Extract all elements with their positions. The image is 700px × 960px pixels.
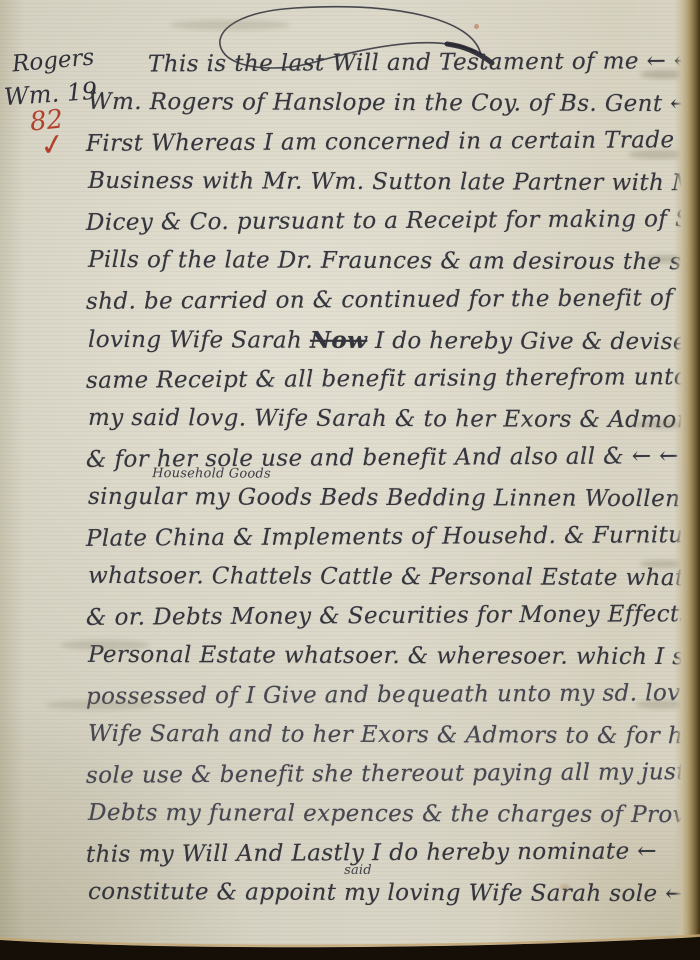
manuscript-line: Dicey & Co. pursuant to a Receipt for ma…	[86, 200, 682, 243]
manuscript-line: whatsoer. Chattels Cattle & Personal Est…	[88, 556, 684, 598]
manuscript-line: this my Will And Lastly I do hereby nomi…	[86, 832, 682, 875]
manuscript-line: Wife Sarah and to her Exors & Admors to …	[88, 714, 684, 756]
line-segment: loving Wife Sarah	[88, 326, 310, 353]
struck-word: Now	[310, 326, 367, 353]
manuscript-text-block: This is the last Will and Testament of m…	[86, 44, 682, 913]
manuscript-line: sole use & benefit she thereout paying a…	[86, 753, 682, 796]
interlineation: said	[344, 863, 372, 876]
manuscript-line: & or. Debts Money & Securities for Money…	[86, 595, 682, 638]
manuscript-line: possessed of I Give and bequeath unto my…	[86, 674, 682, 717]
manuscript-line: First Whereas I am concerned in a certai…	[86, 121, 682, 164]
manuscript-line: same Receipt & all benefit arising there…	[86, 358, 682, 401]
manuscript-line: my said lovg. Wife Sarah & to her Exors …	[88, 398, 684, 440]
page-edge-right	[674, 0, 700, 960]
manuscript-line: Business with Mr. Wm. Sutton late Partne…	[88, 161, 684, 203]
line-segment: singular my Goods Beds Bedding Linnen Wo…	[88, 483, 700, 511]
margin-note-surname: Rogers	[11, 44, 95, 77]
manuscript-page: Rogers Wm. 19 82 ✓ This is the last Will…	[0, 0, 700, 960]
page-bottom-edge	[0, 930, 700, 960]
interlineation: Household Goods	[152, 467, 271, 480]
manuscript-line: Debts my funeral expences & the charges …	[88, 793, 684, 835]
manuscript-line: Wm. Rogers of Hanslope in the Coy. of Bs…	[88, 82, 684, 124]
manuscript-line: Pills of the late Dr. Fraunces & am desi…	[88, 240, 684, 282]
manuscript-line: This is the last Will and Testament of m…	[86, 42, 682, 85]
manuscript-line: Household Goodssingular my Goods Beds Be…	[88, 477, 684, 519]
line-segment: I do hereby Give & devise the	[367, 327, 700, 354]
manuscript-line: Plate China & Implements of Househd. & F…	[86, 516, 682, 559]
line-segment: constitute & appoint my loving Wife Sara…	[88, 878, 700, 906]
manuscript-line: Personal Estate whatsoer. & wheresoer. w…	[88, 635, 684, 677]
manuscript-line: saidconstitute & appoint my loving Wife …	[88, 872, 684, 914]
manuscript-line: shd. be carried on & continued for the b…	[86, 279, 682, 322]
manuscript-line: loving Wife Sarah Now I do hereby Give &…	[88, 319, 684, 361]
